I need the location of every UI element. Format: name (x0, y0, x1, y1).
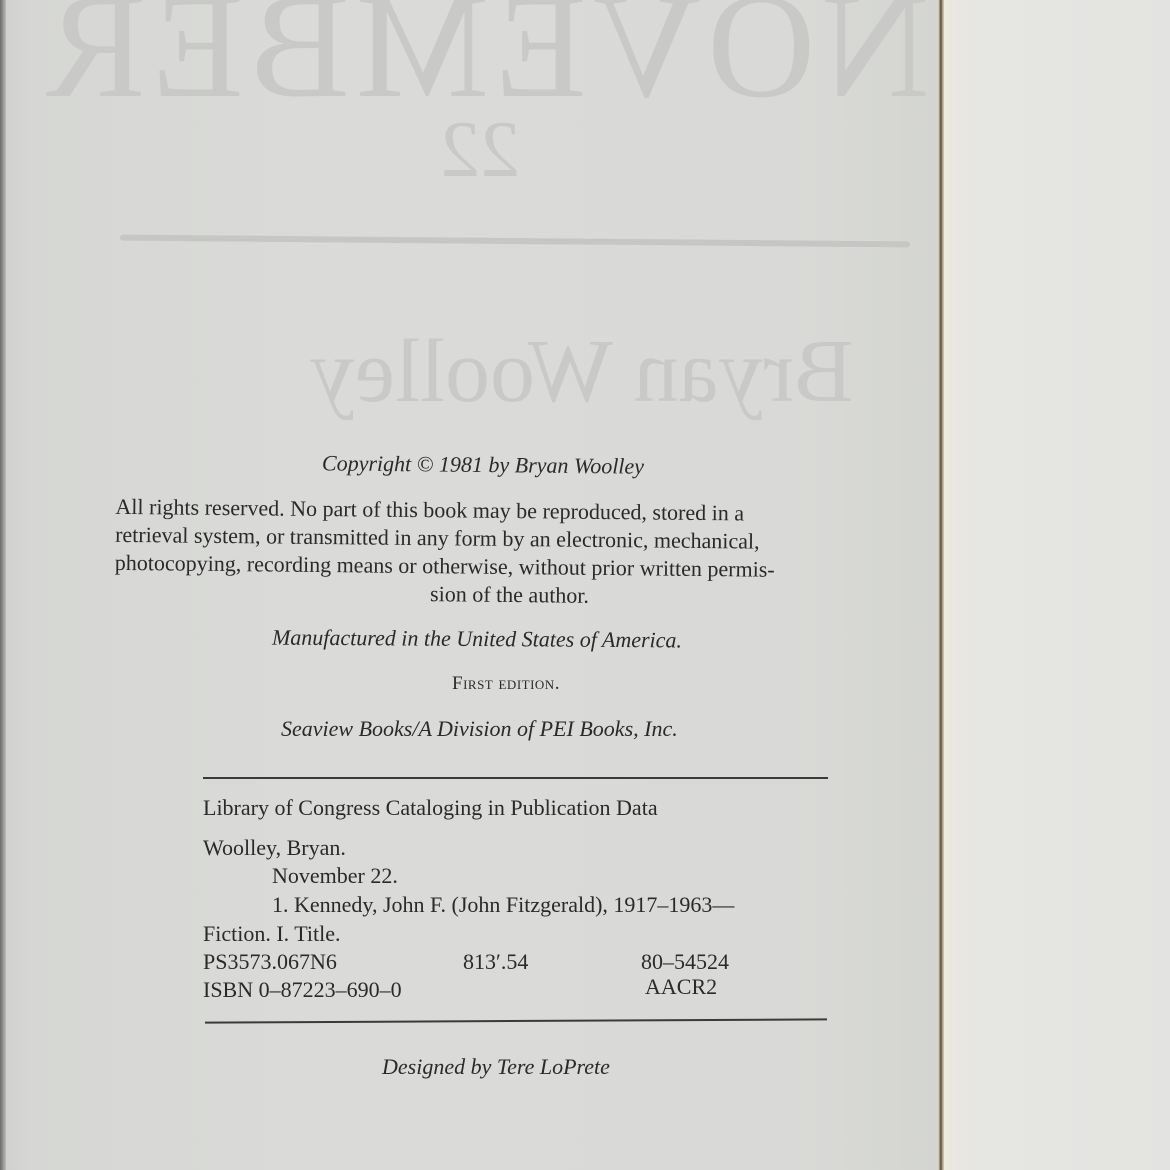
cip-lc-class: PS3573.067N6 (203, 949, 337, 975)
designer-line: Designed by Tere LoPrete (382, 1054, 610, 1080)
edition-line: First edition. (452, 673, 560, 695)
page-left-shadow (0, 0, 6, 1170)
cip-rules: AACR2 (645, 974, 717, 1000)
cip-subject: 1. Kennedy, John F. (John Fitzgerald), 1… (272, 892, 734, 918)
cip-lccn: 80–54524 (641, 949, 729, 975)
cip-isbn: ISBN 0–87223–690–0 (203, 977, 402, 1003)
bleed-through-number: 22 (440, 105, 520, 196)
manufactured-line: Manufactured in the United States of Ame… (272, 625, 682, 654)
cip-subject-cont: Fiction. I. Title. (203, 921, 341, 947)
publisher-line: Seaview Books/A Division of PEI Books, I… (281, 716, 678, 742)
cip-top-rule (203, 777, 828, 779)
copyright-line: Copyright © 1981 by Bryan Woolley (322, 450, 644, 479)
bleed-through-author: Bryan Woolley (310, 320, 854, 423)
cip-heading: Library of Congress Cataloging in Public… (203, 795, 658, 821)
adjacent-page (944, 0, 1170, 1170)
cip-author: Woolley, Bryan. (203, 835, 346, 861)
rights-paragraph: All rights reserved. No part of this boo… (114, 493, 905, 613)
cip-title: November 22. (272, 863, 398, 889)
cip-dewey: 813′.54 (463, 949, 528, 975)
